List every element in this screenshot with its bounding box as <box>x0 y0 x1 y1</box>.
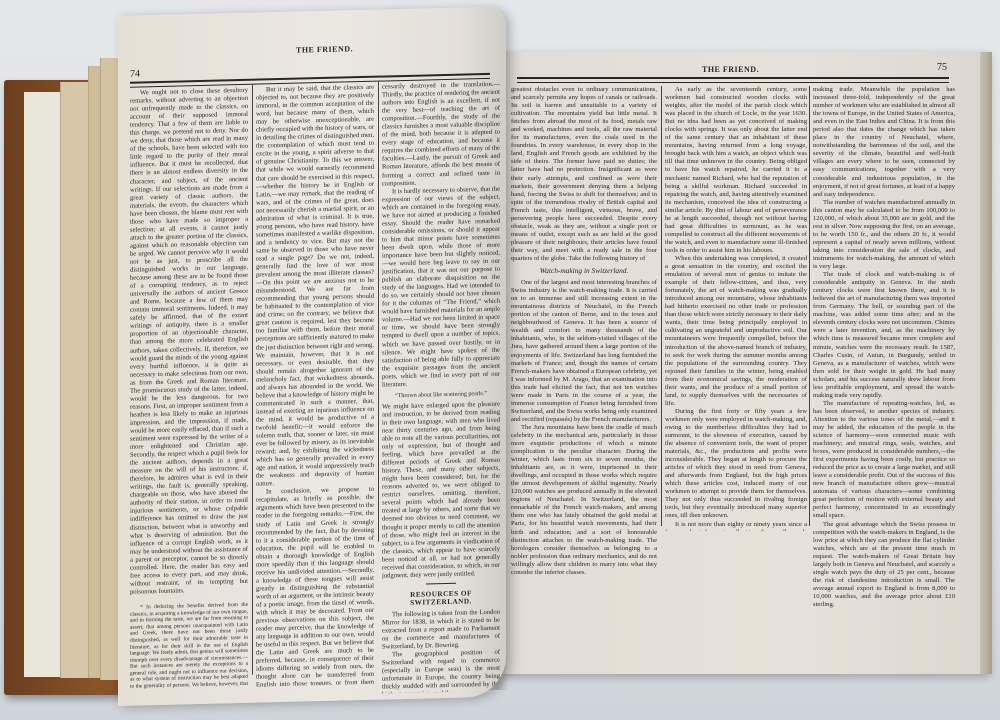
column-divider <box>661 86 662 526</box>
paragraph: It is not more than eighty or ninety yea… <box>665 521 807 531</box>
column-3: cessarily destroyed in the translation.—… <box>382 81 500 694</box>
paragraph: The geographical position of Switzerland… <box>382 649 500 694</box>
paragraph: As early as the seventeenth century, som… <box>665 86 807 255</box>
page-block-edge <box>980 52 992 674</box>
running-head: THE FRIEND. <box>702 65 759 74</box>
paragraph: During the first forty or fifty years a … <box>665 408 807 521</box>
column-2: But it may be said, that the classics ar… <box>256 84 374 687</box>
column-3: making trade. Meanwhile the population h… <box>813 86 955 674</box>
section-rule <box>426 583 456 585</box>
endpaper <box>24 92 64 677</box>
page-number: 75 <box>937 62 947 73</box>
paragraph: The following is taken from the London M… <box>382 609 500 652</box>
paragraph: The manufacture of repeating-watches, le… <box>813 400 955 521</box>
right-page: THE FRIEND. 75 greatest obstacles even t… <box>497 52 987 674</box>
section-heading: Watch-making in Switzerland. <box>511 267 657 275</box>
paragraph: The great advantage which the Swiss poss… <box>813 521 955 610</box>
left-page: THE FRIEND. 74 We ought not to close the… <box>118 7 506 706</box>
column-2: As early as the seventeenth century, som… <box>665 86 807 531</box>
page-number: 74 <box>130 68 140 79</box>
paragraph: We ought not to close these desultory re… <box>130 87 248 597</box>
paragraph: making trade. Meanwhile the population h… <box>813 86 955 199</box>
column-divider <box>378 82 379 542</box>
running-head: THE FRIEND. <box>296 44 353 54</box>
paragraph: When this undertaking was completed, it … <box>665 255 807 408</box>
photo-scene: THE FRIEND. 75 greatest obstacles even t… <box>0 0 1000 720</box>
article-heading: RESOURCES OF SWITZERLAND. <box>382 589 500 608</box>
column-divider <box>252 85 253 675</box>
paragraph: greatest obstacles even to ordinary comm… <box>511 86 657 263</box>
paragraph: One of the largest and most interesting … <box>511 279 657 424</box>
column-divider <box>809 86 810 526</box>
column-1: greatest obstacles even to ordinary comm… <box>511 86 657 646</box>
paragraph: cessarily destroyed in the translation.—… <box>382 81 500 188</box>
paragraph: In conclusion, we propose to recapitulat… <box>256 486 374 687</box>
paragraph: We might have enlarged upon the pleasure… <box>382 400 500 580</box>
column-1: We ought not to close these desultory re… <box>130 87 248 690</box>
paragraph: The trade of clock and watch-making is o… <box>813 271 955 400</box>
paragraph: The Jura mountains have been the cradle … <box>511 424 657 577</box>
paragraph: The number of watches manufactured annua… <box>813 199 955 271</box>
paragraph: It is hardly necessary to observe, that … <box>382 185 500 389</box>
header-rule <box>517 77 949 83</box>
quotation: “Thrown about like scattering pearls.” <box>382 389 500 400</box>
paragraph: But it may be said, that the classics ar… <box>256 84 374 489</box>
footnote: * In deducing the benefits derived from … <box>130 602 248 690</box>
